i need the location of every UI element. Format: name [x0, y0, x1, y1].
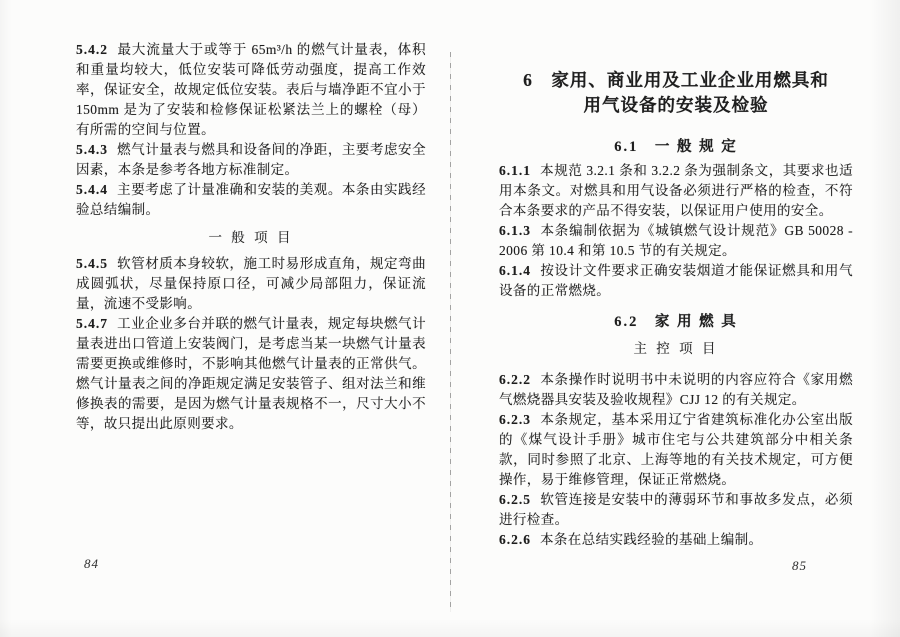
page-number-84: 84 — [84, 556, 99, 572]
clause-text: 软管连接是安装中的薄弱环节和事故多发点，必须进行检查。 — [499, 492, 853, 527]
clause-number: 6.1.1 — [499, 163, 531, 178]
clause-text: 本条编制依据为《城镇燃气设计规范》GB 50028 - 2006 第 10.4 … — [499, 223, 853, 258]
clause-6-1-4: 6.1.4按设计文件要求正确安装烟道才能保证燃具和用气设备的正常燃烧。 — [499, 261, 853, 301]
clause-number: 6.2.5 — [499, 492, 531, 507]
clause-number: 5.4.2 — [76, 42, 108, 57]
main-control-items-heading: 主 控 项 目 — [499, 337, 853, 357]
page-number-85: 85 — [792, 558, 807, 574]
section-6-2-heading: 6.2 家 用 燃 具 — [499, 310, 853, 331]
left-page: 5.4.2最大流量大于或等于 65m³/h 的燃气计量表，体积和重量均较大，低位… — [76, 40, 426, 434]
right-page: 6 家用、商业用及工业企业用燃具和 用气设备的安装及检验 6.1 一 般 规 定… — [499, 58, 853, 550]
clause-text: 最大流量大于或等于 65m³/h 的燃气计量表，体积和重量均较大，低位安装可降低… — [76, 42, 426, 137]
clause-number: 6.1.3 — [499, 223, 531, 238]
clause-number: 5.4.7 — [76, 316, 108, 331]
clause-6-2-6: 6.2.6本条在总结实践经验的基础上编制。 — [499, 530, 853, 550]
clause-number: 6.2.3 — [499, 412, 531, 427]
clause-text: 本条操作时说明书中未说明的内容应符合《家用燃气燃烧器具安装及验收规程》CJJ 1… — [499, 372, 853, 407]
clause-number: 5.4.4 — [76, 182, 108, 197]
clause-5-4-3: 5.4.3燃气计量表与燃具和设备间的净距，主要考虑安全因素，本条是参考各地方标准… — [76, 140, 426, 180]
clause-5-4-7: 5.4.7工业企业多台并联的燃气计量表，规定每块燃气计量表进出口管道上安装阀门，… — [76, 314, 426, 434]
clause-6-1-1: 6.1.1本规范 3.2.1 条和 3.2.2 条为强制条文，其要求也适用本条文… — [499, 161, 853, 221]
clause-text: 本条规定，基本采用辽宁省建筑标准化办公室出版的《煤气设计手册》城市住宅与公共建筑… — [499, 412, 853, 487]
clause-5-4-5: 5.4.5软管材质本身较软，施工时易形成直角，规定弯曲成圆弧状，尽量保持原口径，… — [76, 254, 426, 314]
chapter-title-line-2: 用气设备的安装及检验 — [499, 93, 853, 118]
general-items-heading: 一 般 项 目 — [76, 226, 426, 246]
clause-text: 软管材质本身较软，施工时易形成直角，规定弯曲成圆弧状，尽量保持原口径，可减少局部… — [76, 256, 426, 311]
clause-6-2-2: 6.2.2本条操作时说明书中未说明的内容应符合《家用燃气燃烧器具安装及验收规程》… — [499, 370, 853, 410]
clause-6-2-3: 6.2.3本条规定，基本采用辽宁省建筑标准化办公室出版的《煤气设计手册》城市住宅… — [499, 410, 853, 490]
clause-number: 6.2.6 — [499, 532, 531, 547]
clause-6-1-3: 6.1.3本条编制依据为《城镇燃气设计规范》GB 50028 - 2006 第 … — [499, 221, 853, 261]
clause-text: 主要考虑了计量准确和安装的美观。本条由实践经验总结编制。 — [76, 182, 426, 217]
clause-text: 本规范 3.2.1 条和 3.2.2 条为强制条文，其要求也适用本条文。对燃具和… — [499, 163, 853, 218]
clause-text: 按设计文件要求正确安装烟道才能保证燃具和用气设备的正常燃烧。 — [499, 263, 853, 298]
clause-number: 5.4.5 — [76, 256, 108, 271]
clause-number: 5.4.3 — [76, 142, 108, 157]
page-gutter-line — [450, 52, 451, 612]
clause-text: 本条在总结实践经验的基础上编制。 — [540, 532, 762, 547]
clause-6-2-5: 6.2.5软管连接是安装中的薄弱环节和事故多发点，必须进行检查。 — [499, 490, 853, 530]
clause-number: 6.2.2 — [499, 372, 531, 387]
clause-5-4-2: 5.4.2最大流量大于或等于 65m³/h 的燃气计量表，体积和重量均较大，低位… — [76, 40, 426, 140]
section-6-1-heading: 6.1 一 般 规 定 — [499, 135, 853, 156]
clause-text: 燃气计量表与燃具和设备间的净距，主要考虑安全因素，本条是参考各地方标准制定。 — [76, 142, 426, 177]
clause-text: 工业企业多台并联的燃气计量表，规定每块燃气计量表进出口管道上安装阀门，是考虑当某… — [76, 316, 426, 431]
clause-5-4-4: 5.4.4主要考虑了计量准确和安装的美观。本条由实践经验总结编制。 — [76, 180, 426, 220]
clause-number: 6.1.4 — [499, 263, 531, 278]
chapter-title-line-1: 6 家用、商业用及工业企业用燃具和 — [499, 68, 853, 93]
